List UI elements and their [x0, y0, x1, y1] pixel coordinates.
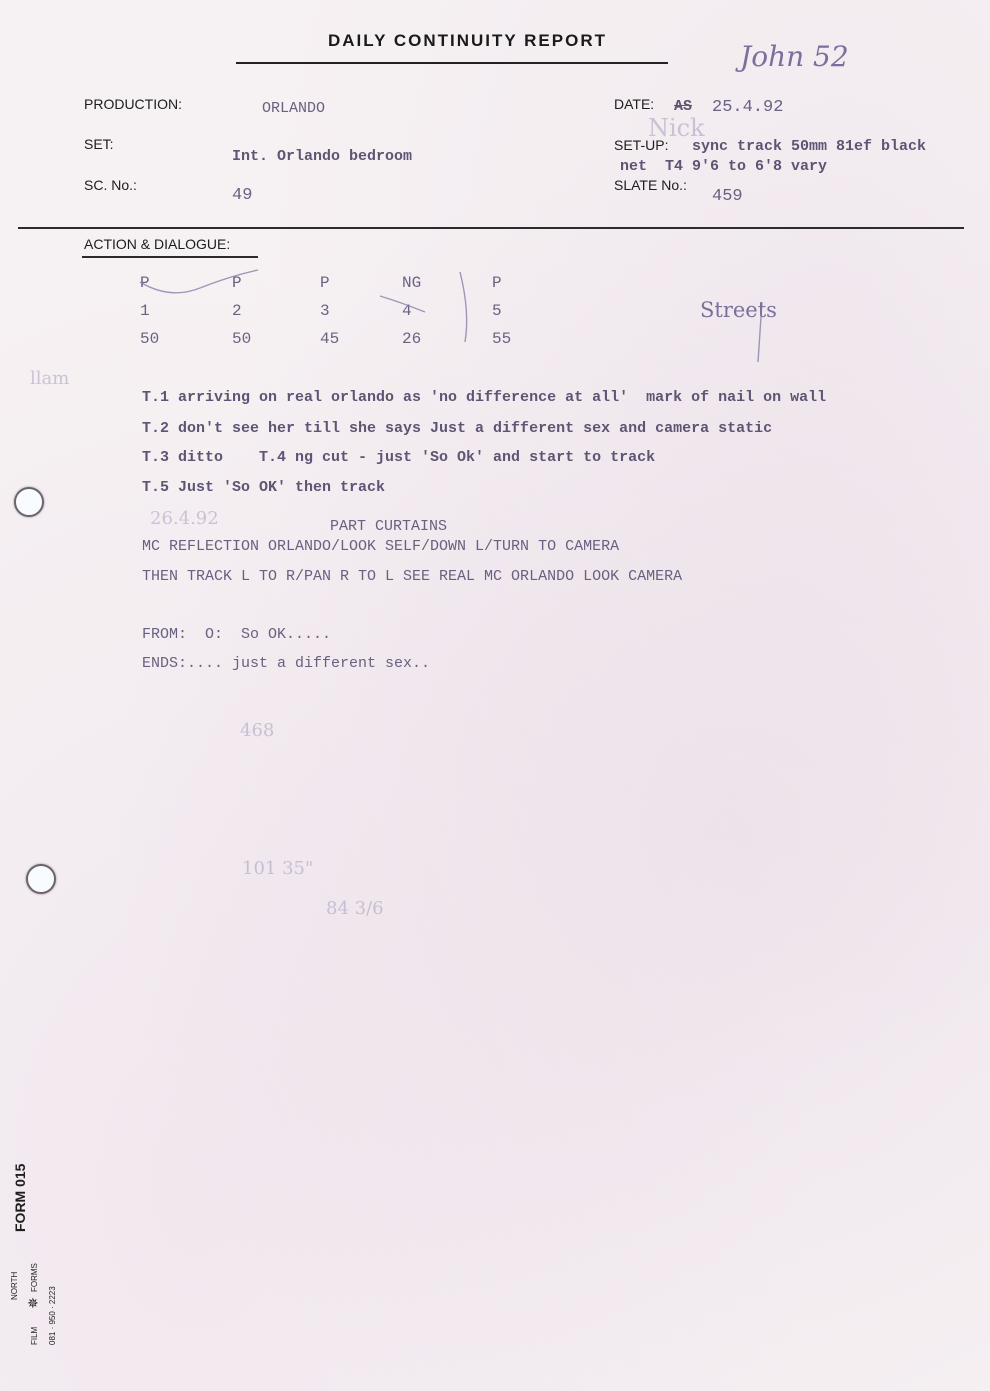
from-line: FROM: O: So OK..... — [142, 626, 331, 643]
part-heading: PART CURTAINS — [330, 518, 447, 535]
faint-pencil-note-3: 84 3/6 — [326, 898, 384, 919]
take-note-2: T.2 don't see her till she says Just a d… — [142, 420, 772, 437]
take-note-1: T.1 arriving on real orlando as 'no diff… — [142, 389, 826, 406]
date-label: DATE: — [614, 96, 654, 112]
action-dialogue-label: ACTION & DIALOGUE: — [84, 236, 230, 252]
form-id: FORM 015 — [12, 1164, 28, 1232]
date-struck-value: AS — [674, 98, 692, 115]
production-label: PRODUCTION: — [84, 96, 182, 112]
scene-number-value: 49 — [232, 186, 252, 205]
publisher-north: NORTH — [10, 1272, 19, 1300]
faint-pencil-note-1: 468 — [240, 720, 274, 741]
handwritten-margin-note: llam — [30, 368, 69, 389]
title-underline — [236, 62, 668, 64]
faint-pencil-note-2: 101 35" — [242, 858, 313, 879]
pen-scribbles — [130, 262, 930, 382]
publisher-film: FILM — [30, 1327, 39, 1345]
set-value: Int. Orlando bedroom — [232, 148, 412, 165]
handwritten-faint-date: 26.4.92 — [150, 508, 219, 529]
action-dialogue-underline — [82, 256, 258, 258]
compass-logo-icon: ✵ — [27, 1296, 41, 1310]
handwritten-streets-note: Streets — [700, 298, 777, 322]
date-value: 25.4.92 — [712, 98, 783, 117]
handwritten-name-note: John 52 — [740, 40, 849, 73]
section-divider — [18, 227, 964, 229]
take-note-3: T.3 ditto T.4 ng cut - just 'So Ok' and … — [142, 449, 655, 466]
ends-line: ENDS:.... just a different sex.. — [142, 655, 430, 672]
setup-value-line2: net T4 9'6 to 6'8 vary — [620, 158, 827, 175]
setup-label: SET-UP: — [614, 137, 668, 153]
slate-number-label: SLATE No.: — [614, 177, 687, 193]
report-title: DAILY CONTINUITY REPORT — [328, 31, 607, 51]
scene-number-label: SC. No.: — [84, 177, 137, 193]
set-label: SET: — [84, 136, 114, 152]
publisher-forms: FORMS — [30, 1263, 39, 1292]
slate-number-value: 459 — [712, 187, 743, 206]
take-note-4: T.5 Just 'So OK' then track — [142, 479, 385, 496]
binder-hole-bottom — [26, 864, 56, 894]
binder-hole-top — [14, 487, 44, 517]
description-line-1: MC REFLECTION ORLANDO/LOOK SELF/DOWN L/T… — [142, 538, 619, 555]
publisher-phone: 081 · 950 · 2223 — [48, 1286, 57, 1345]
description-line-2: THEN TRACK L TO R/PAN R TO L SEE REAL MC… — [142, 568, 682, 585]
production-value: ORLANDO — [262, 100, 325, 117]
setup-value-line1: sync track 50mm 81ef black — [692, 138, 926, 155]
